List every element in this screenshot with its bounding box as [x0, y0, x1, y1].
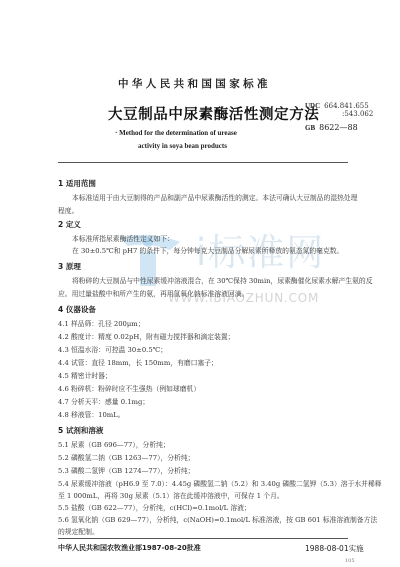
standard-type-heading: 中华人民共和国国家标准 [118, 76, 271, 91]
gb-value: 8622—88 [319, 123, 358, 132]
section-3-heading: 3 原理 [58, 261, 81, 272]
section-2-heading: 2 定义 [58, 219, 81, 230]
list-item: 4.8 移液管：10mL。 [58, 409, 125, 419]
list-item: 4.3 恒温水浴：可控温 30±0.5℃； [58, 344, 167, 354]
top-divider [58, 162, 348, 163]
udc-code: UDC664.841.655 :543.062 [305, 103, 373, 118]
approval-date: 中华人民共和国农牧渔业部1987-08-20批准 [58, 543, 201, 553]
list-item: 4.5 精密计时器； [58, 370, 112, 380]
section-1-para: 本标准适用于由大豆制得的产品和副产品中尿素酶活性的测定。本法可确认大豆制品的湿热… [72, 192, 357, 202]
effective-date: 1988-08-01实施 [305, 543, 364, 554]
section-3-para: 将粉碎的大豆制品与中性尿素缓冲溶液混合，在 30℃保持 30min，尿素酶催化尿… [72, 275, 373, 285]
list-item: 的规定配制。 [58, 526, 99, 536]
udc-line1: 664.841.655 [324, 102, 369, 110]
list-item: 至 1 000mL，再将 30g 尿素（5.1）溶在此缓冲溶液中，可保存 1 个… [58, 490, 284, 500]
list-item: 5.4 尿素缓冲溶液（pH6.9 至 7.0）：4.45g 磷酸氢二钠（5.2）… [58, 478, 382, 488]
section-1-heading: 1 适用范围 [58, 178, 96, 189]
list-item: 4.6 粉碎机：粉碎时应不生强热（例如球磨机） [58, 383, 200, 393]
list-item: 5.1 尿素（GB 696—77），分析纯； [58, 439, 170, 449]
document-title: 大豆制品中尿素酶活性测定方法 [108, 103, 319, 124]
section-2-para: 本标准所指尿素酶活性定义如下： [72, 233, 174, 243]
udc-line2: :543.062 [305, 111, 373, 119]
list-item: 5.6 氢氧化钠（GB 629—77），分析纯，c(NaOH)=0.1mol/L… [58, 514, 377, 524]
gb-label: GB [305, 124, 315, 132]
list-item: 4.2 酸度计：精度 0.02pH，附有磁力搅拌器和滴定装置； [58, 331, 234, 341]
list-item: 5.2 磷酸氢二钠（GB 1263—77），分析纯； [58, 452, 194, 462]
gb-number: GB8622—88 [305, 123, 358, 132]
section-1-para: 程度。 [58, 205, 78, 215]
page-number: 105 [345, 558, 355, 564]
list-item: 4.4 试管：直径 18mm，长 150mm，有磨口塞子； [58, 357, 218, 367]
list-item: 5.3 磷酸二氢钾（GB 1274—77），分析纯； [58, 465, 194, 475]
english-title-line1: · Method for the determination of urease [115, 129, 237, 137]
english-title-line2: activity in soya bean products [138, 142, 227, 150]
list-item: 4.7 分析天平：感量 0.1mg； [58, 396, 149, 406]
section-4-heading: 4 仪器设备 [58, 304, 96, 315]
bottom-divider [58, 538, 348, 539]
section-5-heading: 5 试剂和溶液 [58, 425, 103, 436]
section-3-para: 应。用过量盐酸中和所产生的氨，再用氢氧化钠标准溶液回滴。 [58, 288, 248, 298]
udc-label: UDC [305, 102, 320, 110]
list-item: 4.1 样品筛：孔径 200μm； [58, 318, 145, 328]
list-item: 5.5 盐酸（GB 622—77），分析纯，c(HCl)=0.1mol/L 溶液… [58, 502, 251, 512]
section-2-para: 在 30±0.5℃和 pH7 的条件下，每分钟每克大豆制品分解尿素所释放的氨态氮… [72, 245, 343, 255]
